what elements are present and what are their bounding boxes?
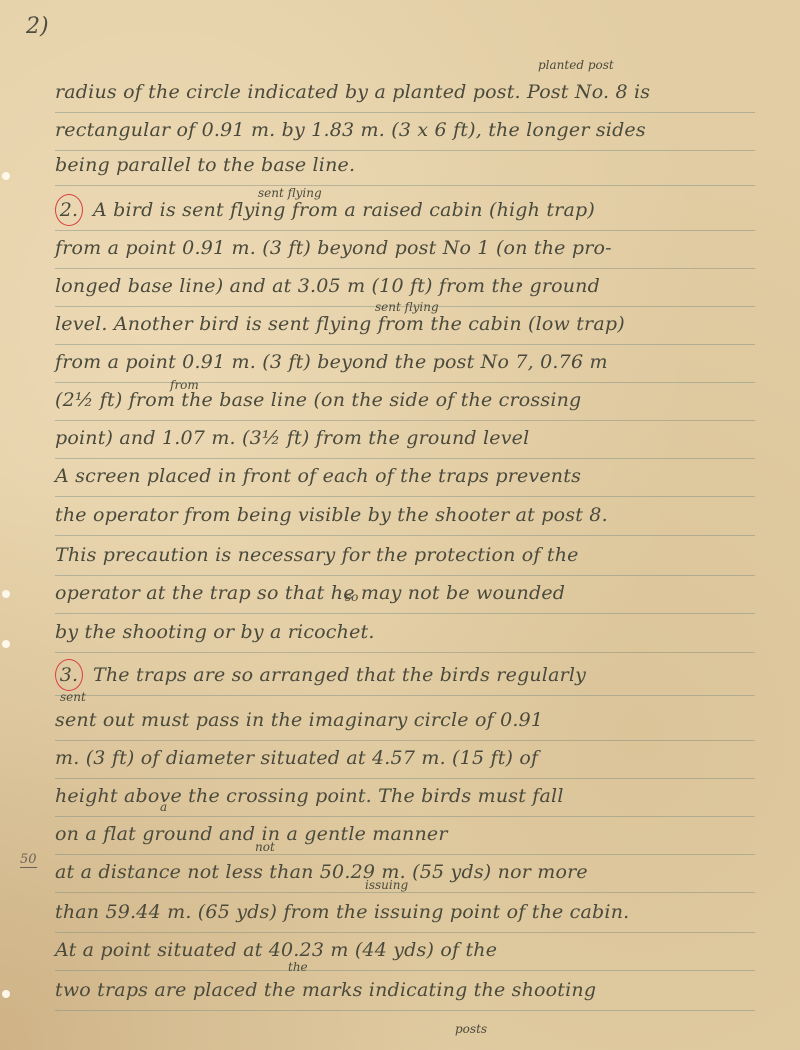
text-line: m. (3 ft) of diameter situated at 4.57 m… — [55, 738, 755, 779]
insertion: posts — [455, 1022, 487, 1036]
text-line: than 59.44 m. (65 yds) from the issuing … — [55, 892, 755, 933]
paragraph-mark: 2. — [55, 194, 83, 226]
text-line: level. Another bird is sent flying from … — [55, 304, 755, 345]
insertion: issuing — [365, 878, 408, 892]
text-line: the operator from being visible by the s… — [55, 495, 755, 536]
text-line: radius of the circle indicated by a plan… — [55, 72, 755, 113]
text-line: on a flat ground and in a gentle manner — [55, 814, 755, 855]
text-line: from a point 0.91 m. (3 ft) beyond the p… — [55, 342, 755, 383]
text-line: This precaution is necessary for the pro… — [55, 535, 755, 576]
text-line: from a point 0.91 m. (3 ft) beyond post … — [55, 228, 755, 269]
text-line: being parallel to the base line. — [55, 145, 755, 186]
insertion: planted post — [538, 58, 614, 72]
paragraph-mark: 3. — [55, 659, 83, 691]
text-line: 3.The traps are so arranged that the bir… — [55, 655, 755, 696]
text-line: At a point situated at 40.23 m (44 yds) … — [55, 930, 755, 971]
handwritten-text: planted post radius of the circle indica… — [0, 0, 800, 1050]
text-line: operator at the trap so that he may not … — [55, 573, 755, 614]
text-line: two traps are placed the marks indicatin… — [55, 970, 755, 1011]
text-line: by the shooting or by a ricochet. — [55, 612, 755, 653]
insertion: a — [160, 800, 167, 814]
text-line: 2.A bird is sent flying from a raised ca… — [55, 190, 755, 231]
text-line: sent out must pass in the imaginary circ… — [55, 700, 755, 741]
margin-note: 50 — [20, 852, 37, 868]
text-line: (2½ ft) from the base line (on the side … — [55, 380, 755, 421]
text-line: point) and 1.07 m. (3½ ft) from the grou… — [55, 418, 755, 459]
text-line: A screen placed in front of each of the … — [55, 456, 755, 497]
